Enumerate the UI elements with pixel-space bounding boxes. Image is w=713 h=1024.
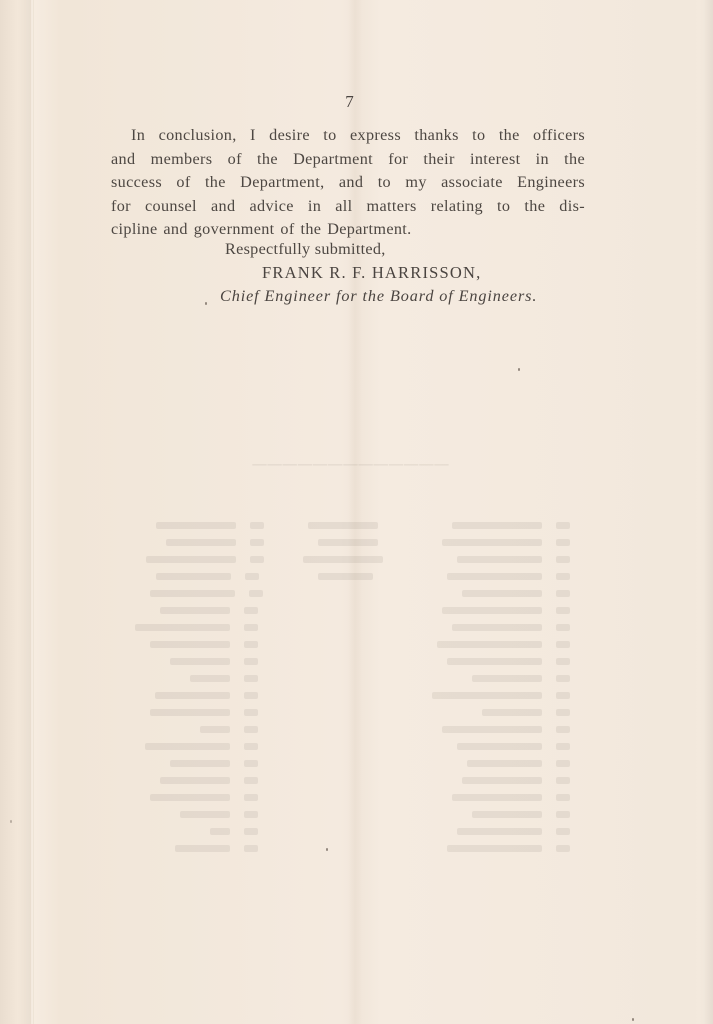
scanned-page: ───────────── 7 In conclusion, I des [0, 0, 713, 1024]
paper-speck [205, 302, 207, 305]
page-number: 7 [0, 92, 713, 112]
body-line: In conclusion, I desire to express thank… [111, 124, 585, 148]
page-fold-shadow [30, 0, 34, 1024]
paper-speck [10, 820, 12, 823]
closing-salutation: Respectfully submitted, [225, 240, 386, 259]
body-paragraph: In conclusion, I desire to express thank… [111, 124, 585, 242]
paper-speck [518, 368, 520, 371]
signatory-name: FRANK R. F. HARRISSON, [262, 263, 481, 283]
body-line: success of the Department, and to my ass… [111, 171, 585, 195]
page-edge [705, 0, 713, 1024]
body-line: cipline and government of the Department… [111, 218, 585, 242]
body-line: for counsel and advice in all matters re… [111, 195, 585, 219]
paper-speck [632, 1018, 634, 1021]
signatory-title: Chief Engineer for the Board of Engineer… [220, 287, 537, 306]
page-number-text: 7 [345, 92, 354, 111]
body-line: and members of the Department for their … [111, 148, 585, 172]
paper-speck [326, 848, 328, 851]
